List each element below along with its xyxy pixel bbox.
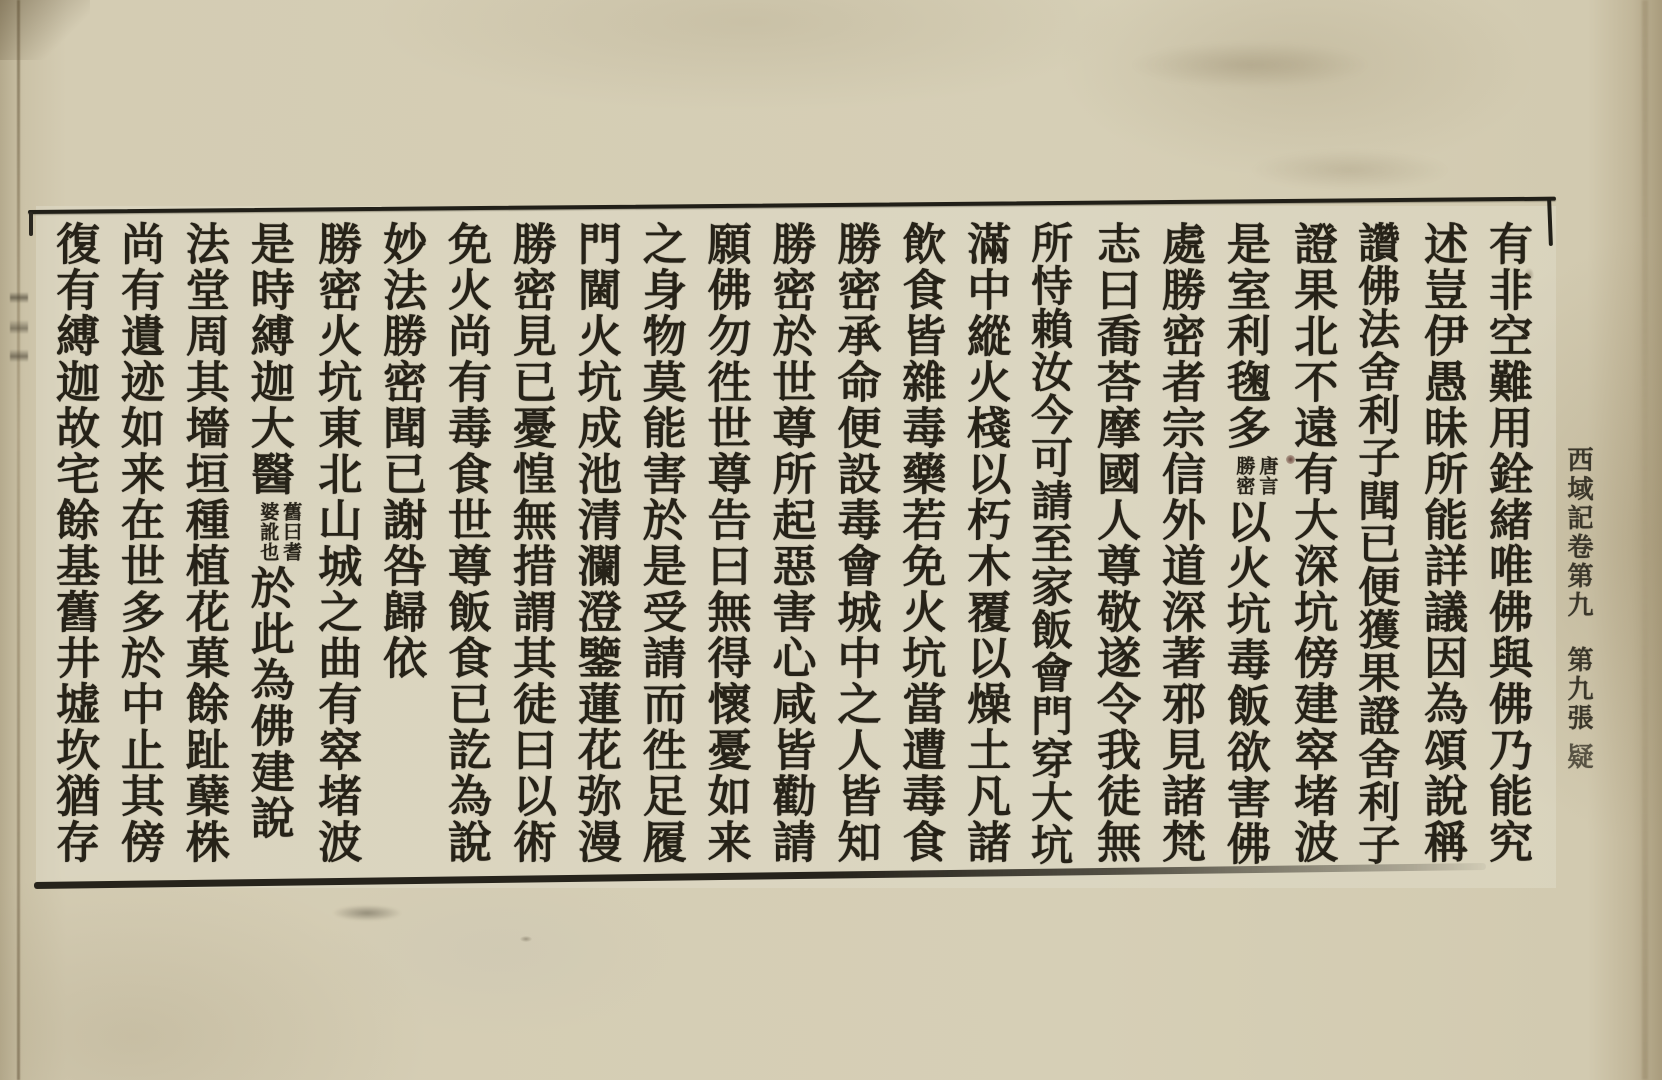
block-border-left-tick xyxy=(29,212,33,236)
text-column: 尚有遺迹如来在世多於中止其傍 xyxy=(105,221,170,885)
text-column: 勝密火坑東北山城之曲有窣堵波 xyxy=(302,221,367,885)
text-column: 勝密於世尊所起惡害心咸皆勸請 xyxy=(757,221,822,885)
text-column: 所恃賴汝今可請至家飯會門穿大坑 xyxy=(1016,221,1081,885)
text-column: 飲食皆雜毒藥若免火坑當遭毒食 xyxy=(886,221,951,885)
text-block-columns: 有非空難用銓緒唯佛與佛乃能究述豈伊愚昧所能詳議因為頌說稱讚佛法舍利子聞已便獲果證… xyxy=(44,221,1538,885)
column-text: 證果北不遠有大深坑傍建窣堵波 xyxy=(1286,221,1337,865)
text-column: 是時縛迦大醫舊曰耆婆訛也於此為佛建說 xyxy=(235,221,302,885)
column-text: 勝密於世尊所起惡害心咸皆勸請 xyxy=(765,221,816,865)
column-text: 勝密承命便設毒會城中之人皆知 xyxy=(829,221,880,865)
note-line: 婆訛也 xyxy=(256,502,279,562)
column-text: 願佛勿徃世尊告曰無得懷憂如来 xyxy=(700,221,751,865)
text-column: 之身物莫能害於是受請而徃足履 xyxy=(627,221,692,885)
text-column: 勝密承命便設毒會城中之人皆知 xyxy=(822,221,887,885)
column-text: 免火尚有毒食世尊飯食已訖為說 xyxy=(440,221,491,865)
text-column: 處勝密者宗信外道深著邪見諸梵 xyxy=(1146,221,1211,885)
text-column: 志曰喬荅摩國人尊敬遂令我徒無 xyxy=(1081,221,1146,885)
text-column: 法堂周其墻垣種植花菓餘趾蘖株 xyxy=(170,221,235,885)
column-text: 門閫火坑成池清瀾澄鑒蓮花弥漫 xyxy=(570,221,621,865)
margin-label: 西域記卷第九第九張疑 xyxy=(1560,446,1597,772)
column-text: 尚有遺迹如来在世多於中止其傍 xyxy=(113,221,164,865)
text-column: 勝密見已憂惶無措謂其徒曰以術 xyxy=(497,221,562,885)
note-line: 唐言 xyxy=(1255,456,1278,496)
column-text: 志曰喬荅摩國人尊敬遂令我徒無 xyxy=(1089,221,1140,865)
text-column: 復有縛迦故宅餘基舊井墟坎猶存 xyxy=(40,221,105,885)
text-column: 妙法勝密聞已謝咎歸依 xyxy=(367,221,432,885)
column-text: 述豈伊愚昧所能詳議因為頌說稱 xyxy=(1416,221,1467,865)
text-column: 願佛勿徃世尊告曰無得懷憂如来 xyxy=(692,221,757,885)
text-column: 讚佛法舍利子聞已便獲果證舍利子 xyxy=(1343,221,1408,885)
interlinear-note: 舊曰耆婆訛也 xyxy=(256,502,302,562)
column-text: 處勝密者宗信外道深著邪見諸梵 xyxy=(1154,221,1205,865)
column-text: 於此為佛建說 xyxy=(243,565,294,841)
margin-gap xyxy=(1578,620,1579,646)
text-column: 有非空難用銓緒唯佛與佛乃能究 xyxy=(1473,221,1538,885)
margin-gap xyxy=(1578,733,1579,743)
margin-volume-title: 西域記卷第九 xyxy=(1563,446,1593,620)
text-column: 是室利毱多唐言勝密以火坑毒飯欲害佛 xyxy=(1211,221,1278,885)
column-text: 法堂周其墻垣種植花菓餘趾蘖株 xyxy=(178,221,229,865)
column-text: 是室利毱多 xyxy=(1219,221,1270,451)
column-text: 飲食皆雜毒藥若免火坑當遭毒食 xyxy=(894,221,945,865)
column-text: 是時縛迦大醫 xyxy=(243,221,294,497)
interlinear-note: 唐言勝密 xyxy=(1232,456,1278,496)
column-text: 復有縛迦故宅餘基舊井墟坎猶存 xyxy=(48,221,99,865)
column-text: 有非空難用銓緒唯佛與佛乃能究 xyxy=(1481,221,1532,865)
column-text: 所恃賴汝今可請至家飯會門穿大坑 xyxy=(1025,221,1074,866)
text-column: 滿中縱火棧以朽木覆以燥土凡諸 xyxy=(951,221,1016,885)
margin-mark: 疑 xyxy=(1563,743,1593,772)
margin-sheet-number: 第九張 xyxy=(1563,646,1593,733)
column-text: 勝密火坑東北山城之曲有窣堵波 xyxy=(310,221,361,865)
column-text: 讚佛法舍利子聞已便獲果證舍利子 xyxy=(1352,221,1401,866)
column-text: 滿中縱火棧以朽木覆以燥土凡諸 xyxy=(959,221,1010,865)
column-text: 之身物莫能害於是受請而徃足履 xyxy=(635,221,686,865)
column-text: 勝密見已憂惶無措謂其徒曰以術 xyxy=(505,221,556,865)
note-line: 勝密 xyxy=(1232,456,1255,496)
page-fold-line xyxy=(17,0,20,1080)
text-column: 述豈伊愚昧所能詳議因為頌說稱 xyxy=(1408,221,1473,885)
text-column: 證果北不遠有大深坑傍建窣堵波 xyxy=(1278,221,1343,885)
text-column: 免火尚有毒食世尊飯食已訖為說 xyxy=(432,221,497,885)
column-text: 妙法勝密聞已謝咎歸依 xyxy=(375,221,426,681)
page-right-edge xyxy=(1642,0,1648,1080)
text-column: 門閫火坑成池清瀾澄鑒蓮花弥漫 xyxy=(562,221,627,885)
note-line: 舊曰耆 xyxy=(279,502,302,562)
column-text: 以火坑毒飯欲害佛 xyxy=(1219,499,1270,867)
